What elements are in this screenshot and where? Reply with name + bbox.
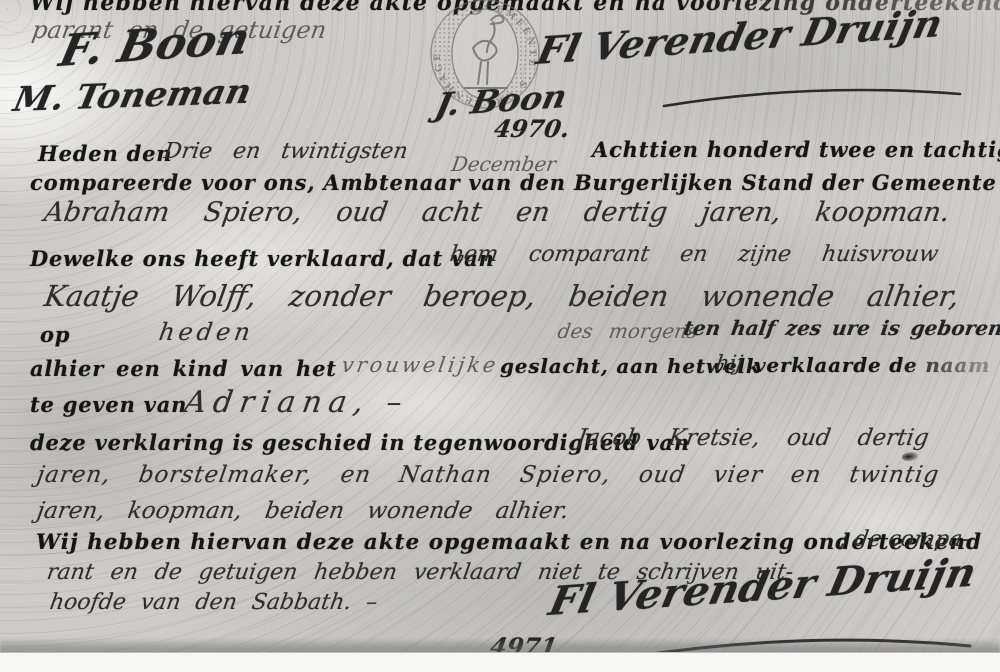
ink-blot-correction <box>901 451 918 462</box>
birth-record-scan: Wij hebben hiervan deze akte opgemaakt e… <box>0 0 1000 672</box>
act-number-mid: 4970. <box>492 114 572 143</box>
handwritten-hem-comparant: hem comparant en zijne huisvrouw <box>448 242 940 267</box>
handwritten-child-name: Adriana, – <box>182 385 412 420</box>
printed-alhier-kind: alhier een kind van het <box>30 356 337 381</box>
handwritten-gender: vrouwelijke <box>340 353 500 377</box>
signature-m-toneman: M. Toneman <box>10 72 255 120</box>
handwritten-sabbath: hoofde van den Sabbath. – <box>48 590 379 615</box>
printed-year: Achttien honderd twee en tachtig, <box>592 137 1000 162</box>
printed-op: op <box>40 322 70 347</box>
handwritten-birth-time: ten half zes ure is geboren <box>682 316 1000 340</box>
printed-verklaarde-naam: verklaarde de naam <box>754 353 990 377</box>
handwritten-date-day: Drie en twintigsten <box>162 139 410 164</box>
handwritten-des-morgens: des morgens <box>556 319 699 343</box>
handwritten-witness1: Jacob Kretsie, oud dertig <box>575 425 931 451</box>
handwritten-witness2: jaren, borstelmaker, en Nathan Spiero, o… <box>35 462 941 488</box>
handwritten-mother: Kaatje Wolff, zonder beroep, beiden wone… <box>42 279 962 313</box>
handwritten-witness-residence: jaren, koopman, beiden wonende alhier. <box>35 498 571 524</box>
scan-margin <box>0 652 1000 672</box>
handwritten-heden: heden <box>157 318 256 346</box>
printed-dewelke: Dewelke ons heeft verklaard, dat van <box>30 246 495 271</box>
handwritten-declarant: Abraham Spiero, oud acht en dertig jaren… <box>42 197 952 228</box>
handwritten-de-compa: ; de compa- <box>838 527 972 552</box>
printed-te-geven-van: te geven van <box>30 392 187 417</box>
printed-compareerde: compareerde voor ons, Ambtenaar van den … <box>30 170 997 195</box>
printed-compareerde-line: compareerde voor ons, Ambtenaar van den … <box>30 170 1000 195</box>
printed-heden-den: Heden den <box>38 141 172 166</box>
signature-flourish <box>660 86 970 112</box>
handwritten-hij: hij <box>714 351 745 375</box>
